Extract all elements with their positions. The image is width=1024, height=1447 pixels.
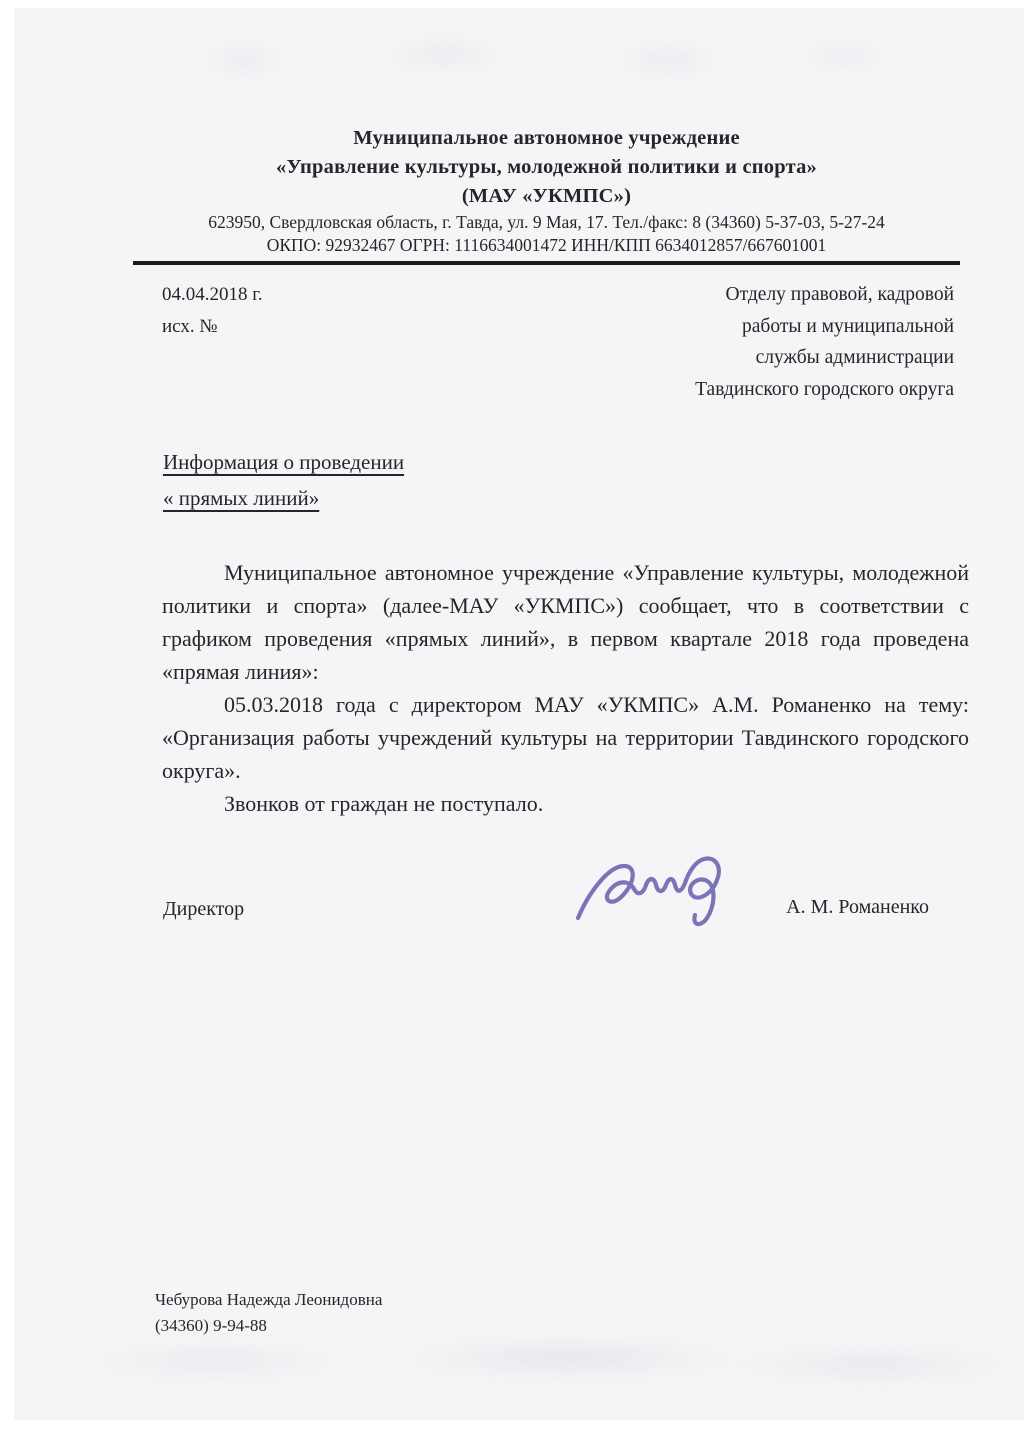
- letterhead: Муниципальное автономное учреждение «Упр…: [133, 124, 960, 265]
- subject-line1: Информация о проведении: [163, 444, 404, 480]
- addressee-line: службы администрации: [695, 342, 954, 374]
- org-registration-codes: ОКПО: 92932467 ОГРН: 1116634001472 ИНН/К…: [133, 234, 960, 257]
- letterhead-divider: [133, 261, 960, 265]
- letter-date: 04.04.2018 г.: [162, 279, 263, 311]
- letter-body: Муниципальное автономное учреждение «Упр…: [162, 556, 969, 820]
- signer-name: А. М. Романенко: [786, 896, 929, 919]
- org-abbreviation: (МАУ «УКМПС»): [133, 182, 960, 211]
- body-paragraph-1: Муниципальное автономное учреждение «Упр…: [162, 556, 969, 688]
- handwritten-signature: [570, 828, 750, 933]
- org-name-line1: Муниципальное автономное учреждение: [133, 124, 960, 153]
- org-address: 623950, Свердловская область, г. Тавда, …: [133, 211, 960, 234]
- addressee-line: Тавдинского городского округа: [695, 374, 954, 406]
- letter-meta: 04.04.2018 г. исх. №: [162, 279, 263, 343]
- body-paragraph-2: 05.03.2018 года с директором МАУ «УКМПС»…: [162, 688, 969, 787]
- scan-canvas: Муниципальное автономное учреждение «Упр…: [0, 0, 1024, 1447]
- scan-artifact-bottom: [14, 1330, 1024, 1400]
- letter-page: Муниципальное автономное учреждение «Упр…: [14, 8, 1024, 1420]
- subject-line2: « прямых линий»: [163, 480, 404, 516]
- addressee-line: работы и муниципальной: [695, 311, 954, 343]
- executor-name: Чебурова Надежда Леонидовна: [155, 1287, 382, 1313]
- subject-heading: Информация о проведении « прямых линий»: [163, 444, 404, 516]
- outgoing-number: исх. №: [162, 311, 263, 343]
- executor-phone: (34360) 9-94-88: [155, 1313, 382, 1339]
- scan-artifact-top: [124, 30, 924, 85]
- executor-contact: Чебурова Надежда Леонидовна (34360) 9-94…: [155, 1287, 382, 1339]
- org-name-line2: «Управление культуры, молодежной политик…: [133, 153, 960, 182]
- addressee-block: Отделу правовой, кадровой работы и муниц…: [695, 279, 954, 405]
- signer-title: Директор: [163, 898, 244, 921]
- addressee-line: Отделу правовой, кадровой: [695, 279, 954, 311]
- body-paragraph-3: Звонков от граждан не поступало.: [162, 787, 969, 820]
